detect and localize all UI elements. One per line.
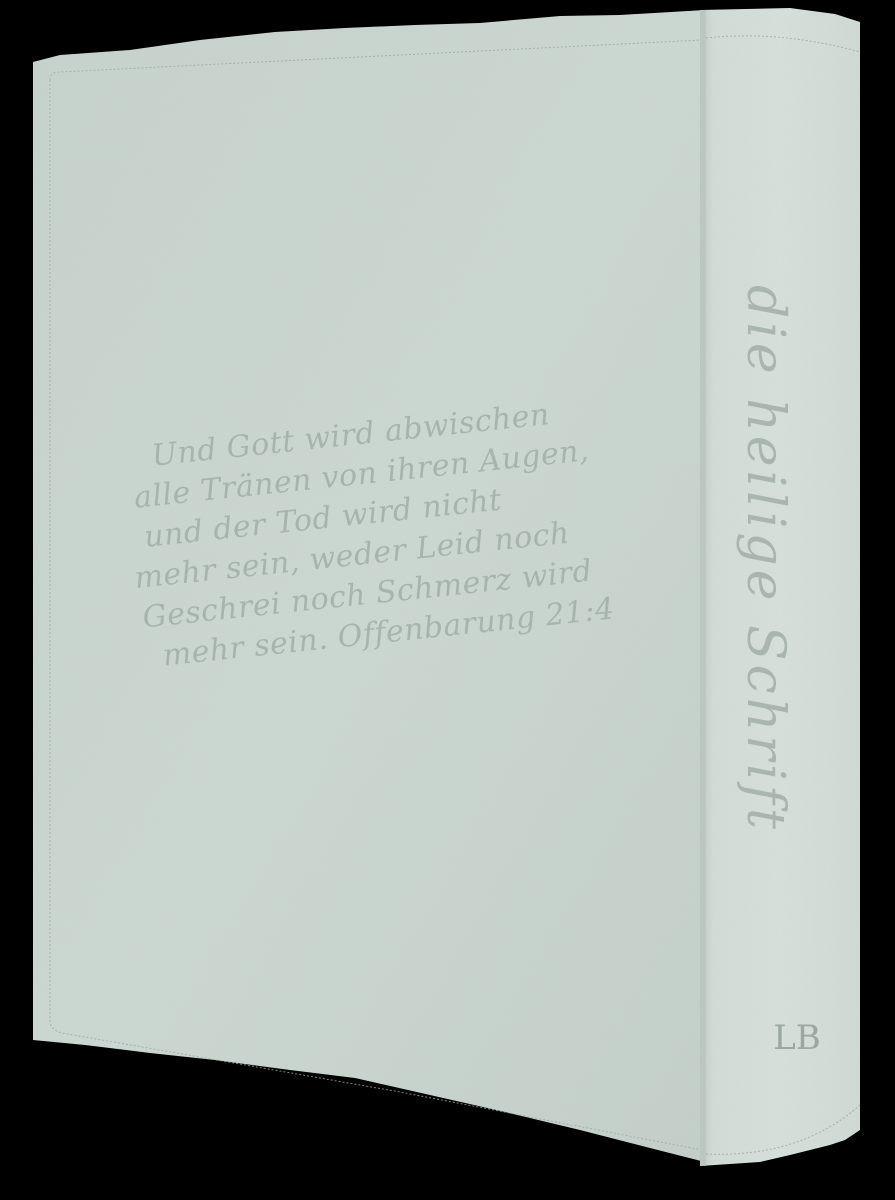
publisher-logo-icon: LB <box>772 1008 822 1068</box>
cover-inscription: Und Gott wird abwischen alle Tränen von … <box>120 391 613 679</box>
spine-title: die heilige Schrift <box>735 285 795 885</box>
